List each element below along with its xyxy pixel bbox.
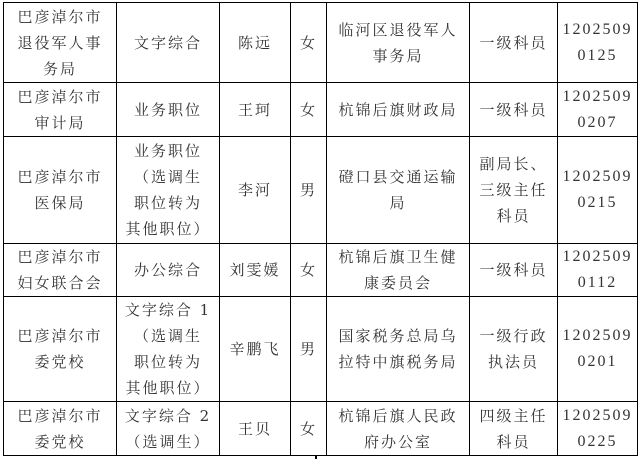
rank-text: 四级主任 科员 (479, 403, 547, 455)
position-cell: 业务职位 (117, 83, 220, 137)
unit-cell: 巴彦淖尔市 医保局 (4, 137, 117, 244)
workplace-text: 临河区退役军人 事务局 (338, 17, 457, 69)
gender-cell: 女 (291, 244, 327, 297)
position-cell: 文字综合 (117, 3, 220, 83)
rank-cell: 一级科员 (470, 244, 558, 297)
name-text: 王珂 (238, 97, 272, 123)
page-mark (315, 455, 317, 459)
exam-no-text: 1202509 0201 (563, 323, 633, 375)
workplace-cell: 临河区退役军人 事务局 (327, 3, 470, 83)
exam-no-cell: 1202509 0207 (558, 83, 638, 137)
workplace-cell: 国家税务总局乌 拉特中旗税务局 (327, 297, 470, 402)
workplace-cell: 杭锦后旗卫生健 康委员会 (327, 244, 470, 297)
name-cell: 王珂 (220, 83, 291, 137)
gender-cell: 男 (291, 137, 327, 244)
rank-cell: 一级科员 (470, 3, 558, 83)
gender-text: 女 (300, 416, 317, 442)
position-cell: 办公综合 (117, 244, 220, 297)
rank-cell: 四级主任 科员 (470, 402, 558, 456)
table-row: 巴彦淖尔市 委党校 文字综合 2 （选调生） 王贝 女 杭锦后旗人民政 府办公室… (4, 402, 638, 456)
unit-cell: 巴彦淖尔市 委党校 (4, 297, 117, 402)
table-row: 巴彦淖尔市 审计局 业务职位 王珂 女 杭锦后旗财政局 一级科员 1202509… (4, 83, 638, 137)
gender-cell: 男 (291, 297, 327, 402)
gender-text: 女 (300, 97, 317, 123)
unit-cell: 巴彦淖尔市 委党校 (4, 402, 117, 456)
gender-text: 女 (300, 257, 317, 283)
workplace-cell: 磴口县交通运输 局 (327, 137, 470, 244)
exam-no-cell: 1202509 0225 (558, 402, 638, 456)
gender-cell: 女 (291, 83, 327, 137)
unit-text: 巴彦淖尔市 医保局 (17, 164, 102, 216)
gender-cell: 女 (291, 3, 327, 83)
gender-text: 男 (300, 177, 317, 203)
name-text: 刘雯媛 (229, 257, 280, 283)
table-row: 巴彦淖尔市 委党校 文字综合 1 （选调生 职位转为 其他职位） 辛鹏飞 男 国… (4, 297, 638, 402)
unit-text: 巴彦淖尔市 委党校 (17, 403, 102, 455)
unit-cell: 巴彦淖尔市 审计局 (4, 83, 117, 137)
position-text: 文字综合 2 （选调生） (125, 403, 211, 455)
gender-cell: 女 (291, 402, 327, 456)
gender-text: 女 (300, 30, 317, 56)
name-text: 李河 (238, 177, 272, 203)
exam-no-cell: 1202509 0112 (558, 244, 638, 297)
name-cell: 辛鹏飞 (220, 297, 291, 402)
personnel-table: 巴彦淖尔市 退役军人事 务局 文字综合 陈远 女 临河区退役军人 事务局 一级科… (3, 2, 638, 456)
table-row: 巴彦淖尔市 医保局 业务职位 （选调生 职位转为 其他职位） 李河 男 磴口县交… (4, 137, 638, 244)
exam-no-text: 1202509 0112 (563, 244, 633, 296)
name-cell: 陈远 (220, 3, 291, 83)
workplace-cell: 杭锦后旗人民政 府办公室 (327, 402, 470, 456)
position-cell: 文字综合 2 （选调生） (117, 402, 220, 456)
rank-text: 一级科员 (479, 30, 547, 56)
table-row: 巴彦淖尔市 退役军人事 务局 文字综合 陈远 女 临河区退役军人 事务局 一级科… (4, 3, 638, 83)
workplace-text: 杭锦后旗人民政 府办公室 (338, 403, 457, 455)
exam-no-text: 1202509 0125 (563, 17, 633, 69)
rank-cell: 一级行政 执法员 (470, 297, 558, 402)
unit-text: 巴彦淖尔市 审计局 (17, 84, 102, 136)
rank-cell: 副局长、 三级主任 科员 (470, 137, 558, 244)
workplace-text: 国家税务总局乌 拉特中旗税务局 (338, 323, 457, 375)
position-text: 业务职位 (134, 97, 202, 123)
exam-no-text: 1202509 0215 (563, 164, 633, 216)
table-row: 巴彦淖尔市 妇女联合会 办公综合 刘雯媛 女 杭锦后旗卫生健 康委员会 一级科员… (4, 244, 638, 297)
exam-no-text: 1202509 0207 (563, 84, 633, 136)
position-text: 文字综合 (134, 30, 202, 56)
workplace-cell: 杭锦后旗财政局 (327, 83, 470, 137)
rank-cell: 一级科员 (470, 83, 558, 137)
name-cell: 王贝 (220, 402, 291, 456)
name-text: 陈远 (238, 30, 272, 56)
rank-text: 一级行政 执法员 (479, 323, 547, 375)
rank-text: 一级科员 (479, 257, 547, 283)
name-cell: 李河 (220, 137, 291, 244)
unit-text: 巴彦淖尔市 妇女联合会 (17, 244, 102, 296)
exam-no-cell: 1202509 0215 (558, 137, 638, 244)
unit-text: 巴彦淖尔市 委党校 (17, 323, 102, 375)
name-cell: 刘雯媛 (220, 244, 291, 297)
exam-no-text: 1202509 0225 (563, 403, 633, 455)
name-text: 王贝 (238, 416, 272, 442)
workplace-text: 磴口县交通运输 局 (338, 164, 457, 216)
exam-no-cell: 1202509 0201 (558, 297, 638, 402)
unit-cell: 巴彦淖尔市 妇女联合会 (4, 244, 117, 297)
name-text: 辛鹏飞 (229, 336, 280, 362)
workplace-text: 杭锦后旗卫生健 康委员会 (338, 244, 457, 296)
rank-text: 一级科员 (479, 97, 547, 123)
unit-text: 巴彦淖尔市 退役军人事 务局 (17, 4, 102, 82)
gender-text: 男 (300, 336, 317, 362)
unit-cell: 巴彦淖尔市 退役军人事 务局 (4, 3, 117, 83)
position-text: 文字综合 1 （选调生 职位转为 其他职位） (125, 297, 211, 401)
exam-no-cell: 1202509 0125 (558, 3, 638, 83)
rank-text: 副局长、 三级主任 科员 (479, 151, 547, 229)
position-cell: 业务职位 （选调生 职位转为 其他职位） (117, 137, 220, 244)
position-text: 办公综合 (134, 257, 202, 283)
position-text: 业务职位 （选调生 职位转为 其他职位） (125, 138, 210, 242)
workplace-text: 杭锦后旗财政局 (338, 97, 457, 123)
position-cell: 文字综合 1 （选调生 职位转为 其他职位） (117, 297, 220, 402)
